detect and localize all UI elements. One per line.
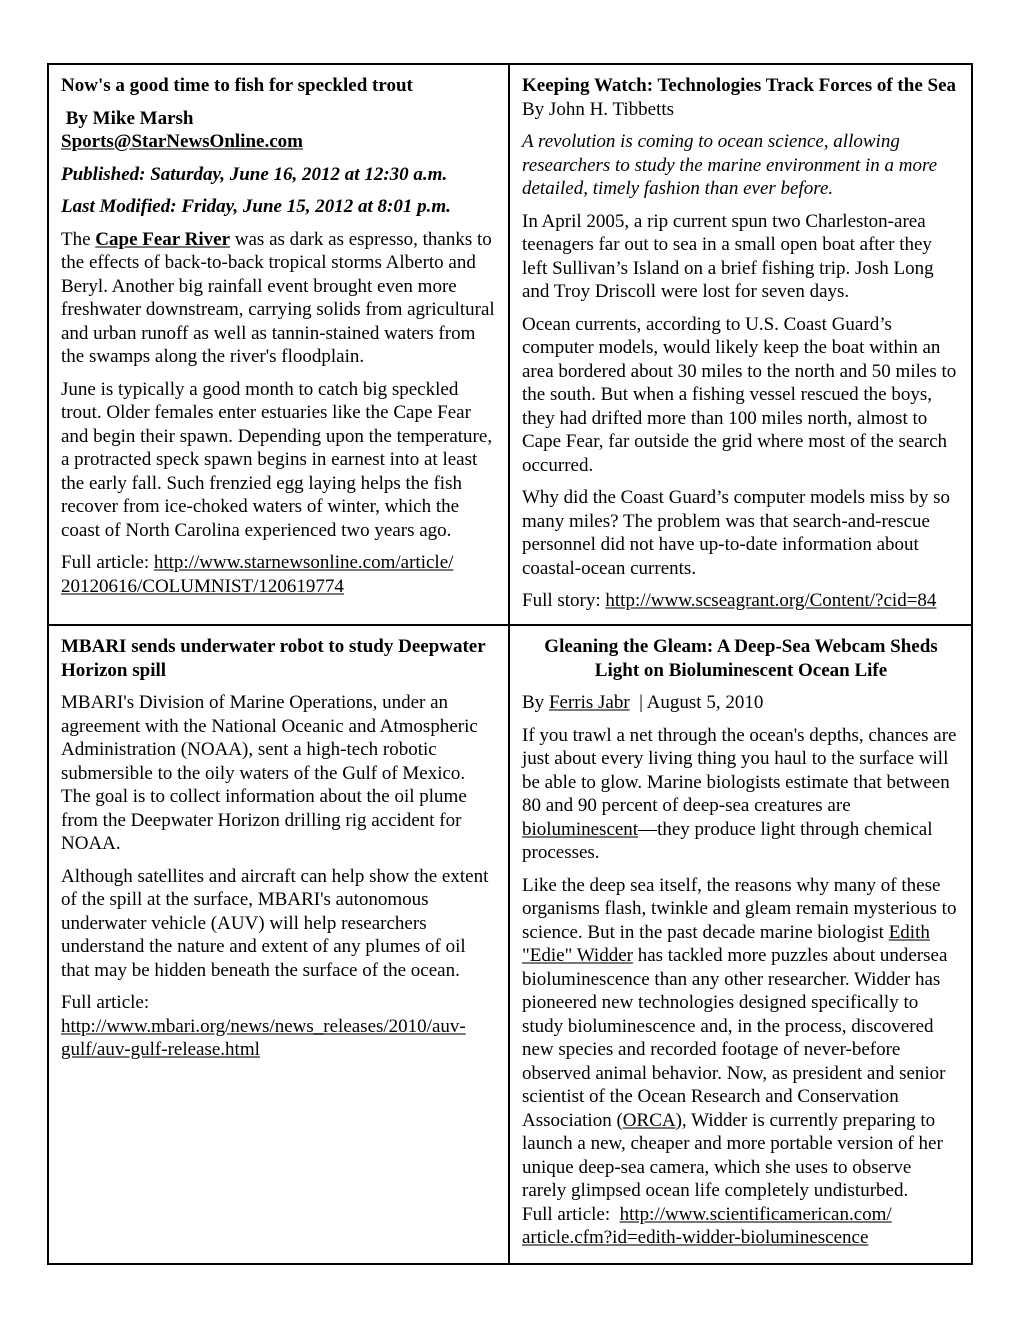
gleaning-the-gleam-article-heading-0: Gleaning the Gleam: A Deep-Sea Webcam Sh… bbox=[522, 635, 960, 682]
text-run: Keeping Watch: Technologies Track Forces… bbox=[522, 75, 956, 96]
text-run: Full article: bbox=[61, 992, 149, 1013]
speckled-trout-article-paragraph-3: Last Modified: Friday, June 15, 2012 at … bbox=[61, 195, 497, 219]
text-run: Published: Saturday, June 16, 2012 at 12… bbox=[61, 164, 447, 185]
mbari-robot-article-heading-0: MBARI sends underwater robot to study De… bbox=[61, 635, 497, 682]
keeping-watch-article-paragraph-4: Why did the Coast Guard’s computer model… bbox=[522, 486, 960, 580]
text-run: A revolution is coming to ocean science,… bbox=[522, 131, 937, 199]
text-run: | August 5, 2010 bbox=[630, 692, 764, 713]
article-link[interactable]: Sports@StarNewsOnline.com bbox=[61, 131, 303, 152]
text-run: If you trawl a net through the ocean's d… bbox=[522, 725, 956, 817]
text-run: Ocean currents, according to U.S. Coast … bbox=[522, 314, 956, 476]
gleaning-the-gleam-article-paragraph-2: If you trawl a net through the ocean's d… bbox=[522, 724, 960, 865]
text-run: In April 2005, a rip current spun two Ch… bbox=[522, 211, 934, 303]
article-link[interactable]: http:/​/​www.scseagrant.org/​Content/​?c… bbox=[605, 590, 936, 611]
keeping-watch-article-paragraph-1: A revolution is coming to ocean science,… bbox=[522, 130, 960, 201]
text-run: Full article: bbox=[61, 552, 154, 573]
gleaning-the-gleam-article-paragraph-1: By Ferris Jabr | August 5, 2010 bbox=[522, 691, 960, 715]
speckled-trout-article-paragraph-4: The Cape Fear River was as dark as espre… bbox=[61, 228, 497, 369]
article-link[interactable]: Cape Fear River bbox=[95, 229, 230, 250]
mbari-robot-article-paragraph-3: Full article:http:/​/​www.mbari.org/​new… bbox=[61, 991, 497, 1062]
article-cell-bottom-right: Gleaning the Gleam: A Deep-Sea Webcam Sh… bbox=[510, 626, 971, 1263]
speckled-trout-article-paragraph-6: Full article: http:/​/​www.starnewsonlin… bbox=[61, 551, 497, 598]
mbari-robot-article-paragraph-1: MBARI's Division of Marine Operations, u… bbox=[61, 691, 497, 856]
text-run: Gleaning the Gleam: A Deep-Sea Webcam Sh… bbox=[544, 636, 937, 681]
text-run: Full story: bbox=[522, 590, 605, 611]
speckled-trout-article-paragraph-5: June is typically a good month to catch … bbox=[61, 378, 497, 543]
text-run: has tackled more puzzles about undersea … bbox=[522, 945, 947, 1131]
article-cell-top-left: Now's a good time to fish for speckled t… bbox=[49, 65, 510, 626]
text-run: By Mike Marsh bbox=[61, 108, 193, 129]
article-link[interactable]: ORCA bbox=[623, 1110, 676, 1131]
document-page: Now's a good time to fish for speckled t… bbox=[0, 0, 1020, 1320]
text-run: Last Modified: Friday, June 15, 2012 at … bbox=[61, 196, 451, 217]
text-run: By John H. Tibbetts bbox=[522, 99, 674, 120]
text-run: Now's a good time to fish for speckled t… bbox=[61, 75, 413, 96]
mbari-robot-article-paragraph-2: Although satellites and aircraft can hel… bbox=[61, 865, 497, 983]
article-cell-top-right: Keeping Watch: Technologies Track Forces… bbox=[510, 65, 971, 626]
text-run: Although satellites and aircraft can hel… bbox=[61, 866, 488, 981]
text-run: June is typically a good month to catch … bbox=[61, 379, 492, 541]
article-link[interactable]: Ferris Jabr bbox=[549, 692, 630, 713]
keeping-watch-article-heading-0: Keeping Watch: Technologies Track Forces… bbox=[522, 74, 960, 121]
article-link[interactable]: http:/​/​www.mbari.org/​news/​news_relea… bbox=[61, 1016, 466, 1061]
article-table: Now's a good time to fish for speckled t… bbox=[47, 63, 973, 1265]
text-run: The bbox=[61, 229, 95, 250]
keeping-watch-article-paragraph-2: In April 2005, a rip current spun two Ch… bbox=[522, 210, 960, 304]
gleaning-the-gleam-article-paragraph-3: Like the deep sea itself, the reasons wh… bbox=[522, 874, 960, 1250]
text-run: Why did the Coast Guard’s computer model… bbox=[522, 487, 950, 579]
speckled-trout-article-heading-0: Now's a good time to fish for speckled t… bbox=[61, 74, 497, 98]
speckled-trout-article-paragraph-1: By Mike MarshSports@StarNewsOnline.com bbox=[61, 107, 497, 154]
keeping-watch-article-paragraph-5: Full story: http:/​/​www.scseagrant.org/… bbox=[522, 589, 960, 613]
speckled-trout-article-paragraph-2: Published: Saturday, June 16, 2012 at 12… bbox=[61, 163, 497, 187]
text-run: MBARI's Division of Marine Operations, u… bbox=[61, 692, 478, 854]
text-run: Full article: bbox=[522, 1204, 620, 1225]
article-link[interactable]: bioluminescent bbox=[522, 819, 638, 840]
keeping-watch-article-paragraph-3: Ocean currents, according to U.S. Coast … bbox=[522, 313, 960, 478]
text-run: MBARI sends underwater robot to study De… bbox=[61, 636, 485, 681]
article-cell-bottom-left: MBARI sends underwater robot to study De… bbox=[49, 626, 510, 1263]
text-run: By bbox=[522, 692, 549, 713]
